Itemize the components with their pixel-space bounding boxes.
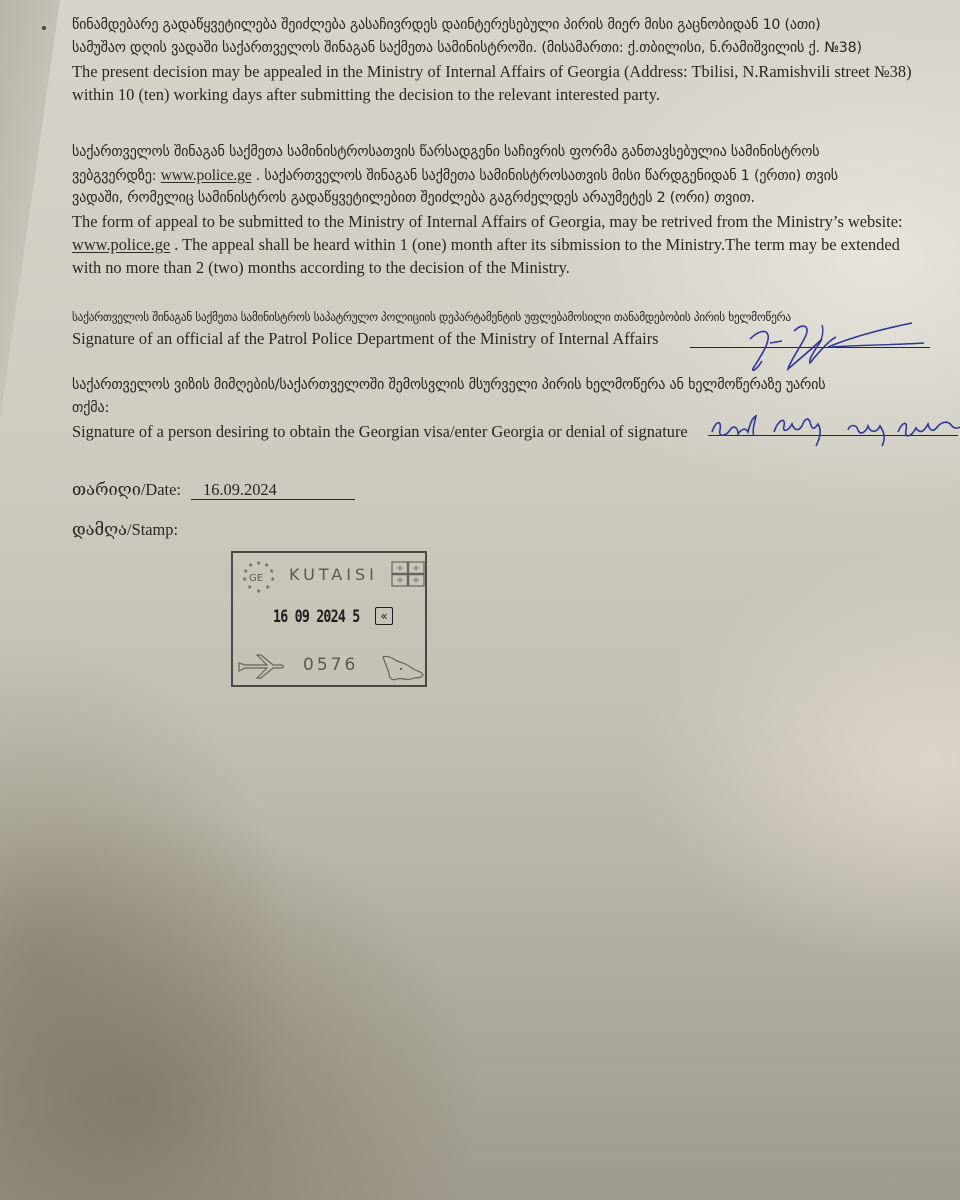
paragraph2-en-suffix: . The appeal shall be heard within 1 (on…: [170, 235, 900, 254]
paragraph2-ka-line: საქართველოს შინაგან საქმეთა სამინისტროსა…: [72, 141, 952, 164]
official-signature-section: საქართველოს შინაგან საქმეთა სამინისტროს …: [72, 307, 952, 350]
appeal-form-paragraph: საქართველოს შინაგან საქმეთა სამინისტროსა…: [72, 141, 952, 279]
georgia-map-icon: [381, 653, 425, 683]
applicant-signature-section: საქართველოს ვიზის მიმღების/საქართველოში …: [72, 374, 952, 443]
svg-text:★: ★: [265, 584, 270, 591]
paragraph1-ka-line: წინამდებარე გადაწყვეტილება შეიძლება გასა…: [72, 14, 952, 37]
paragraph2-ka-line: ვებგვერდზე: www.police.ge . საქართველოს …: [72, 164, 952, 187]
svg-text:★: ★: [248, 562, 253, 569]
entry-arrow-icon: «: [375, 607, 393, 625]
svg-text:★: ★: [256, 560, 261, 567]
border-entry-stamp: ★★★★ ★★★★ ★★ GE KUTAISI 16 09 2024 5 « 0…: [231, 551, 427, 687]
svg-text:★: ★: [243, 568, 248, 575]
svg-text:GE: GE: [249, 573, 263, 584]
paragraph2-ka-suffix: . საქართველოს შინაგან საქმეთა სამინისტრო…: [251, 168, 837, 184]
paragraph2-ka-prefix: ვებგვერდზე:: [72, 168, 161, 184]
svg-text:★: ★: [270, 576, 275, 583]
stamp-field: დამღა/Stamp:: [72, 520, 178, 540]
date-field: თარიღი/Date: 16.09.2024: [72, 480, 355, 500]
paragraph2-ka-line: ვადაში, რომელიც სამინისტროს გადაწყვეტილე…: [72, 187, 952, 210]
paragraph2-en-line: with no more than 2 (two) months accordi…: [72, 256, 952, 279]
paragraph2-en-line: The form of appeal to be submitted to th…: [72, 210, 952, 233]
date-value: 16.09.2024: [191, 481, 355, 500]
bullet-mark: [42, 26, 46, 30]
appeal-paragraph: წინამდებარე გადაწყვეტილება შეიძლება გასა…: [72, 14, 952, 106]
paragraph1-ka-line: სამუშაო დღის ვადაში საქართველოს შინაგან …: [72, 37, 952, 60]
paragraph1-en-line: within 10 (ten) working days after submi…: [72, 83, 952, 106]
applicant-signature-scrawl: [708, 410, 960, 454]
police-website-link[interactable]: www.police.ge: [161, 167, 252, 184]
stamp-city: KUTAISI: [289, 565, 378, 584]
stamp-date: 16 09 2024 5: [273, 607, 359, 627]
airplane-icon: [237, 653, 285, 679]
stamp-label: დამღა/Stamp:: [72, 520, 178, 539]
svg-text:★: ★: [242, 576, 247, 583]
georgia-flag-icon: [391, 561, 425, 587]
paragraph1-en-line: The present decision may be appealed in …: [72, 60, 952, 83]
official-signature-scrawl: [732, 317, 932, 377]
svg-text:★: ★: [269, 568, 274, 575]
svg-text:★: ★: [256, 588, 261, 595]
eu-stars-icon: ★★★★ ★★★★ ★★ GE: [241, 559, 277, 595]
applicant-signature-ka-label: საქართველოს ვიზის მიმღების/საქართველოში …: [72, 374, 952, 397]
date-label: თარიღი/Date:: [72, 480, 181, 499]
svg-text:★: ★: [247, 584, 252, 591]
stamp-number: 0576: [303, 655, 358, 675]
paragraph2-en-line: www.police.ge . The appeal shall be hear…: [72, 233, 952, 256]
police-website-link[interactable]: www.police.ge: [72, 235, 170, 254]
